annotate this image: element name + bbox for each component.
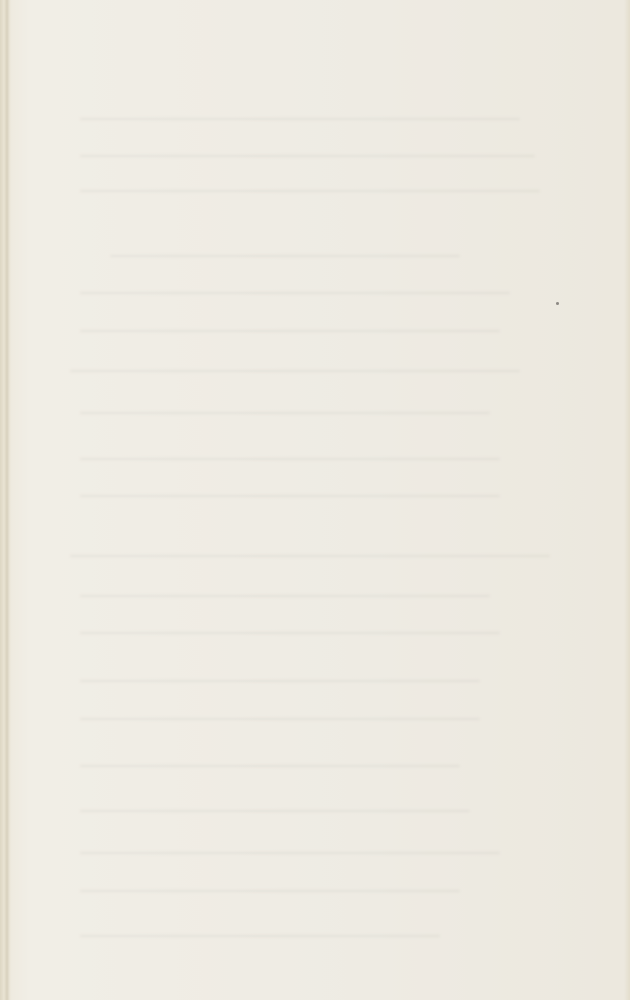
page-edge-shadow bbox=[624, 0, 630, 1000]
binding-edge bbox=[0, 0, 12, 1000]
ink-speck bbox=[556, 302, 559, 305]
manuscript-page bbox=[0, 0, 630, 1000]
